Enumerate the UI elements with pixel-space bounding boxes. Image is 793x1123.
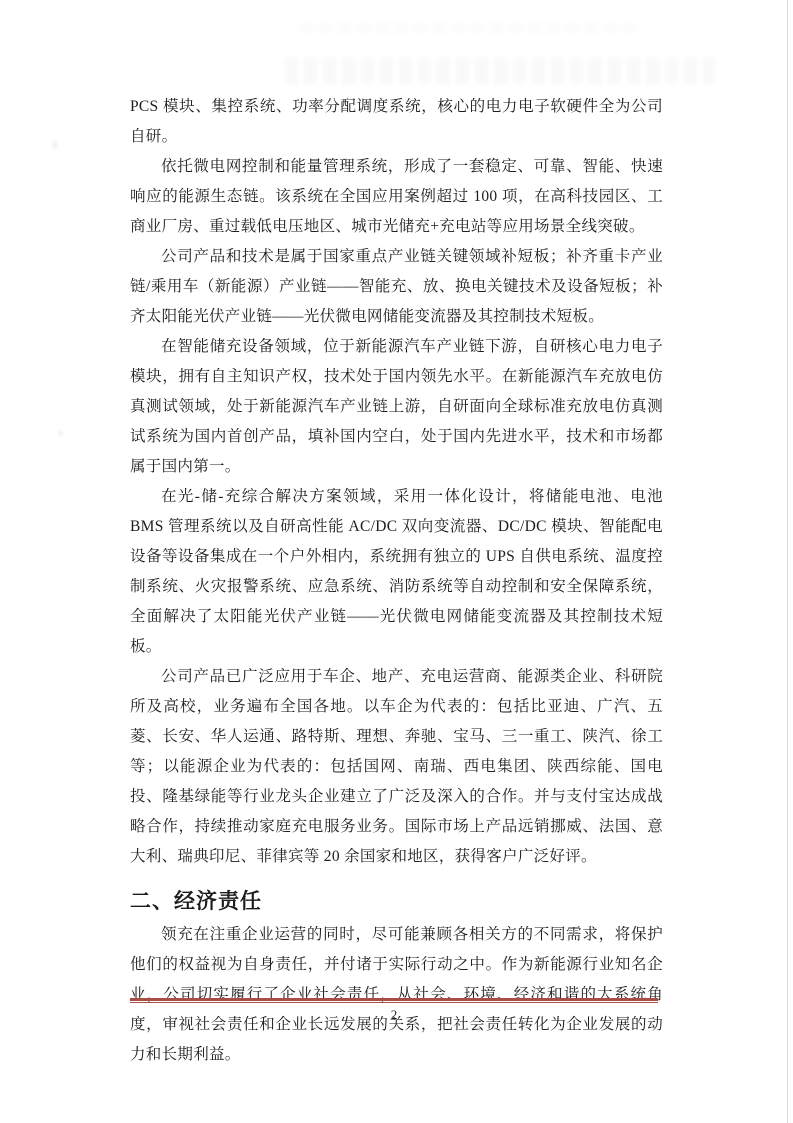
footer-rule: [130, 998, 658, 1003]
body-paragraph: 在智能储充设备领域，位于新能源汽车产业链下游，自研核心电力电子模块，拥有自主知识…: [130, 332, 663, 482]
page-number: 2: [130, 1007, 658, 1023]
scan-speck: [58, 430, 63, 437]
page-edge-shadow: [787, 0, 788, 1123]
section-heading: 二、经济责任: [130, 884, 663, 918]
body-paragraph: 公司产品已广泛应用于车企、地产、充电运营商、能源类企业、科研院所及高校，业务遍布…: [130, 662, 663, 872]
scan-bleed-artifact: [285, 58, 715, 84]
body-paragraph: 公司产品和技术是属于国家重点产业链关键领域补短板；补齐重卡产业链/乘用车（新能源…: [130, 242, 663, 332]
body-paragraph: 在光-储-充综合解决方案领域，采用一体化设计，将储能电池、电池 BMS 管理系统…: [130, 482, 663, 662]
document-page: PCS 模块、集控系统、功率分配调度系统，核心的电力电子软硬件全为公司自研。 依…: [0, 0, 793, 1123]
body-paragraph: 依托微电网控制和能量管理系统，形成了一套稳定、可靠、智能、快速响应的能源生态链。…: [130, 152, 663, 242]
scan-bleed-artifact: [300, 22, 640, 34]
body-text-block: PCS 模块、集控系统、功率分配调度系统，核心的电力电子软硬件全为公司自研。 依…: [130, 92, 663, 1070]
body-paragraph: 领充在注重企业运营的同时，尽可能兼顾各相关方的不同需求，将保护他们的权益视为自身…: [130, 920, 663, 1070]
scan-speck: [52, 140, 58, 150]
body-paragraph: PCS 模块、集控系统、功率分配调度系统，核心的电力电子软硬件全为公司自研。: [130, 92, 663, 152]
